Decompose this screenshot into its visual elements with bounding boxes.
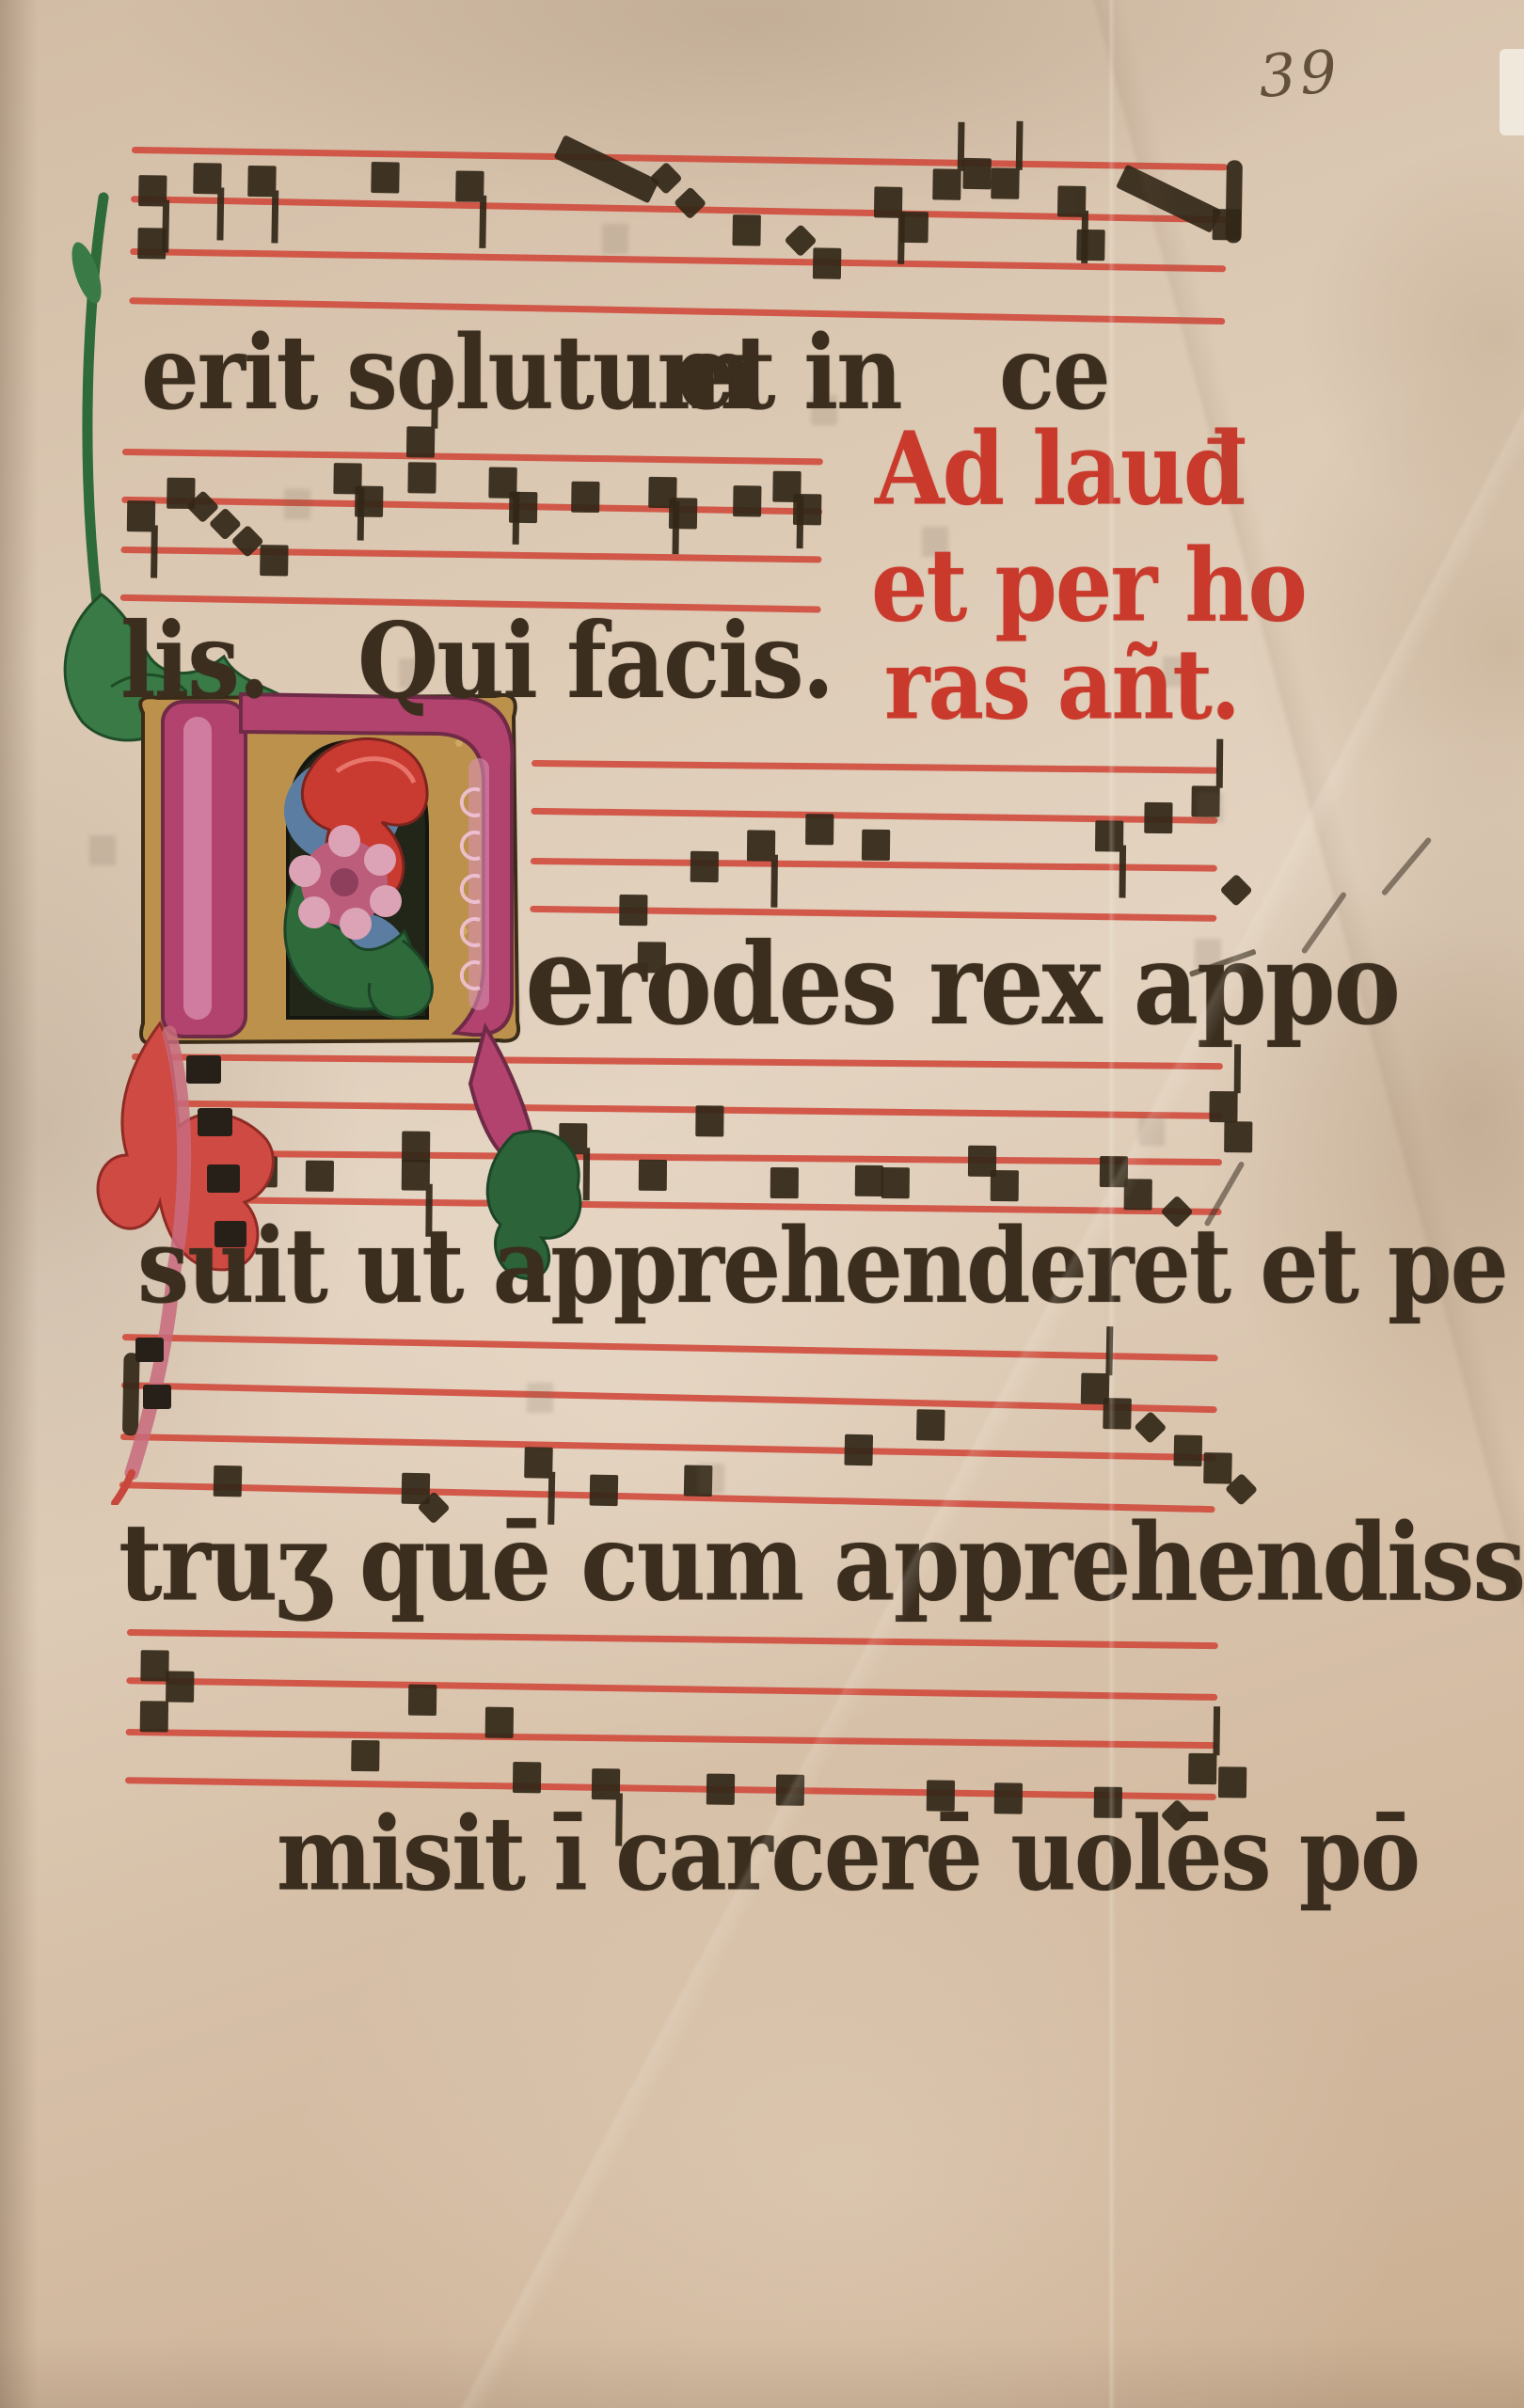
neume (770, 1167, 799, 1198)
neume (805, 814, 833, 845)
ink-bleedthrough-mark (602, 224, 628, 254)
neume (1224, 1121, 1252, 1152)
chant-text-line: suit ut apprehenderet et pe (137, 1215, 1507, 1319)
neume (1209, 1091, 1237, 1122)
neume (695, 1105, 723, 1136)
neume (513, 1762, 541, 1793)
chant-text-line: erodes rex appo (525, 918, 1399, 1042)
chant-word: et in (677, 322, 901, 424)
neume (732, 214, 761, 246)
staff-line (126, 1729, 1217, 1749)
neume (1057, 185, 1087, 216)
rubric-line: Ad lauđ (875, 420, 1244, 519)
neume (1203, 1452, 1232, 1484)
neume (691, 851, 719, 882)
manuscript-page: 39 (0, 0, 1524, 2408)
neume (747, 830, 775, 861)
staff-line (126, 1677, 1217, 1701)
neume (140, 1650, 168, 1681)
neume (1188, 1753, 1216, 1784)
neume (1095, 820, 1123, 851)
neume (1076, 230, 1105, 261)
ink-bleedthrough-mark (1197, 792, 1223, 822)
neume (1218, 1766, 1246, 1798)
music-staff (125, 1629, 1218, 1799)
chant-text-line: lis. Qui facis. (120, 610, 268, 714)
rubric-line: ras añt. (884, 636, 1239, 733)
chant-text-line: erit solutum et in ce (141, 322, 752, 424)
neume (1226, 160, 1243, 243)
staff-line (532, 760, 1218, 774)
neume (408, 1685, 437, 1716)
neume (669, 498, 697, 529)
neume (1219, 874, 1252, 907)
neume (881, 1167, 910, 1198)
neume (351, 1740, 379, 1771)
neume (1103, 1398, 1132, 1430)
neume (916, 1409, 945, 1441)
neume (1116, 165, 1222, 233)
chant-text-line: misit ī carcerē uolēs pō (277, 1804, 1419, 1906)
neume (844, 1434, 873, 1466)
neume (862, 830, 890, 861)
neume (900, 212, 929, 243)
neume (813, 247, 842, 278)
neume (855, 1165, 883, 1196)
neume (674, 186, 706, 219)
chant-word: erit solutum (141, 312, 752, 433)
neume (962, 158, 992, 189)
staff-line (127, 1629, 1218, 1649)
neume (874, 186, 903, 217)
chant-word: ce (999, 322, 1109, 424)
rubric-line: et per ho (871, 536, 1306, 636)
ink-bleedthrough-mark (1138, 1116, 1165, 1146)
folio-number: 39 (1257, 37, 1343, 111)
chant-word: Qui facis. (357, 610, 833, 714)
neume (639, 1160, 667, 1191)
chant-word: lis. (120, 600, 268, 722)
page-edge-tab (1500, 49, 1524, 135)
neume (1174, 1434, 1203, 1466)
neume (166, 1671, 194, 1703)
music-staff (530, 760, 1218, 922)
neume (932, 168, 961, 199)
neume (991, 1170, 1019, 1201)
neume (1134, 1411, 1167, 1444)
neume (991, 167, 1020, 198)
neume (140, 1701, 168, 1732)
ink-bleedthrough-mark (698, 1464, 724, 1494)
neume (793, 494, 821, 525)
chant-text-line: truʒ quē cum apprehendissʒ (119, 1509, 1524, 1615)
neume (485, 1707, 514, 1738)
pen-slash-mark (1381, 836, 1433, 896)
neume (1144, 802, 1172, 833)
neume (733, 485, 761, 516)
